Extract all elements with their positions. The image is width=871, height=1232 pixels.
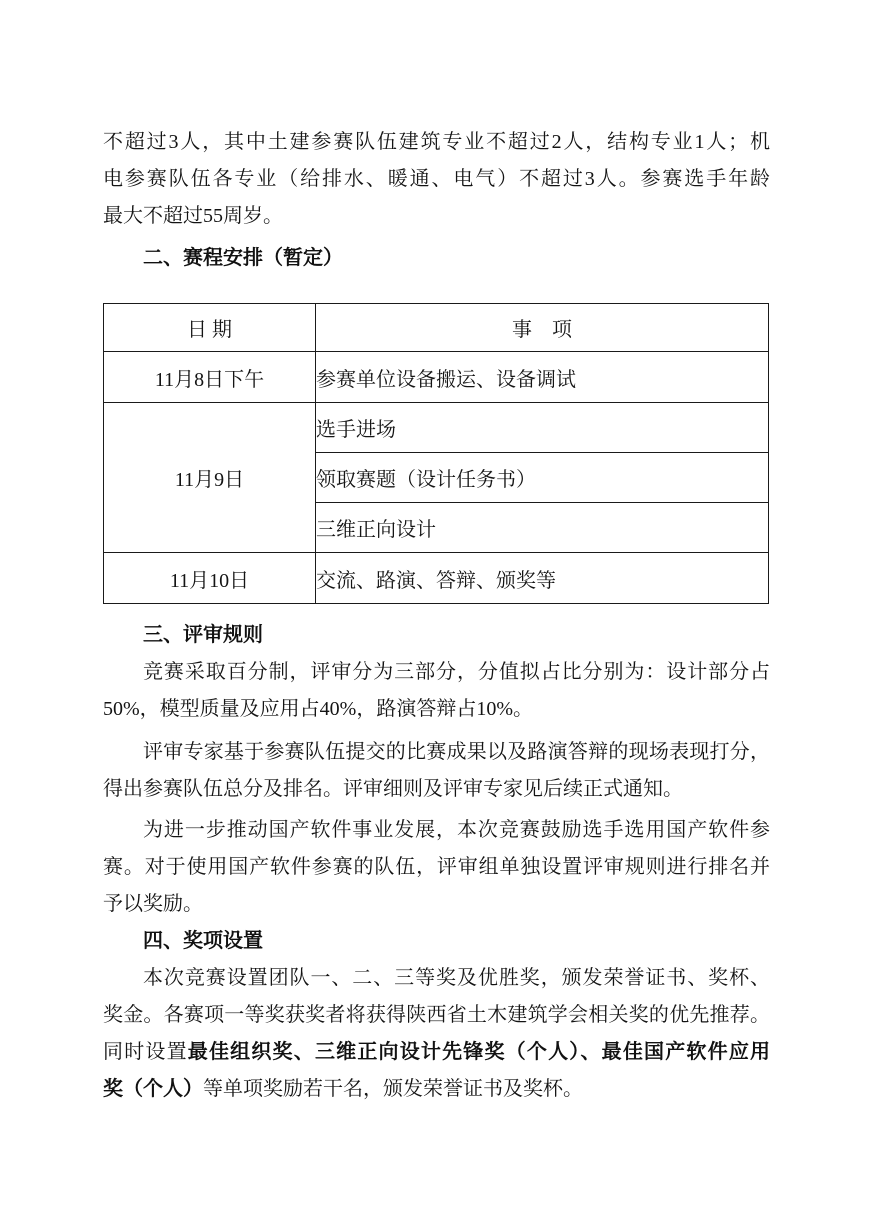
review-line: 50%，模型质量及应用占40%，路演答辩占10%。 [103, 691, 770, 728]
event-cell: 三维正向设计 [316, 503, 769, 553]
event-cell: 交流、路演、答辩、颁奖等 [316, 553, 769, 604]
table-row: 11月10日 交流、路演、答辩、颁奖等 [104, 553, 769, 604]
event-column-header: 事 项 [316, 304, 769, 352]
awards-bold-names: 奖（个人） [103, 1078, 203, 1100]
table-header-row: 日 期 事 项 [104, 304, 769, 352]
awards-line: 本次竞赛设置团队一、二、三等奖及优胜奖，颁发荣誉证书、奖杯、 [103, 960, 770, 997]
review-line: 评审专家基于参赛队伍提交的比赛成果以及路演答辩的现场表现打分， [103, 734, 770, 771]
awards-line: 奖金。各赛项一等奖获奖者将获得陕西省土木建筑学会相关奖的优先推荐。 [103, 997, 770, 1034]
document-page: 不超过3人，其中土建参赛队伍建筑专业不超过2人，结构专业1人；机 电参赛队伍各专… [0, 0, 871, 1232]
awards-heading: 四、奖项设置 [103, 923, 770, 960]
review-paragraph-scoring: 竞赛采取百分制，评审分为三部分，分值拟占比分别为：设计部分占 50%，模型质量及… [103, 654, 770, 728]
event-cell: 参赛单位设备搬运、设备调试 [316, 352, 769, 403]
review-heading: 三、评审规则 [103, 617, 770, 654]
intro-line: 最大不超过55周岁。 [103, 198, 770, 235]
awards-line: 同时设置最佳组织奖、三维正向设计先锋奖（个人）、最佳国产软件应用 [103, 1034, 770, 1071]
date-column-header: 日 期 [104, 304, 316, 352]
awards-bold-names: 最佳组织奖、三维正向设计先锋奖（个人）、最佳国产软件应用 [188, 1041, 770, 1063]
date-cell: 11月10日 [104, 553, 316, 604]
review-line: 为进一步推动国产软件事业发展，本次竞赛鼓励选手选用国产软件参 [103, 812, 770, 849]
table-row: 11月8日下午 参赛单位设备搬运、设备调试 [104, 352, 769, 403]
review-line: 予以奖励。 [103, 886, 770, 923]
awards-paragraph: 本次竞赛设置团队一、二、三等奖及优胜奖，颁发荣誉证书、奖杯、 奖金。各赛项一等奖… [103, 960, 770, 1108]
event-cell: 领取赛题（设计任务书） [316, 453, 769, 503]
event-cell: 选手进场 [316, 403, 769, 453]
table-row: 11月9日 选手进场 [104, 403, 769, 453]
intro-paragraph: 不超过3人，其中土建参赛队伍建筑专业不超过2人，结构专业1人；机 电参赛队伍各专… [103, 124, 770, 235]
schedule-table: 日 期 事 项 11月8日下午 参赛单位设备搬运、设备调试 11月9日 选手进场… [103, 303, 769, 604]
intro-line: 电参赛队伍各专业（给排水、暖通、电气）不超过3人。参赛选手年龄 [103, 161, 770, 198]
awards-text: 等单项奖励若干名，颁发荣誉证书及奖杯。 [203, 1078, 583, 1100]
page-content: 不超过3人，其中土建参赛队伍建筑专业不超过2人，结构专业1人；机 电参赛队伍各专… [103, 124, 770, 1108]
awards-text: 同时设置 [103, 1041, 188, 1063]
awards-line: 奖（个人）等单项奖励若干名，颁发荣誉证书及奖杯。 [103, 1071, 770, 1108]
intro-line: 不超过3人，其中土建参赛队伍建筑专业不超过2人，结构专业1人；机 [103, 124, 770, 161]
review-line: 赛。对于使用国产软件参赛的队伍，评审组单独设置评审规则进行排名并 [103, 849, 770, 886]
review-paragraph-domestic-software: 为进一步推动国产软件事业发展，本次竞赛鼓励选手选用国产软件参 赛。对于使用国产软… [103, 812, 770, 923]
date-cell: 11月8日下午 [104, 352, 316, 403]
review-paragraph-experts: 评审专家基于参赛队伍提交的比赛成果以及路演答辩的现场表现打分， 得出参赛队伍总分… [103, 734, 770, 808]
review-line: 得出参赛队伍总分及排名。评审细则及评审专家见后续正式通知。 [103, 771, 770, 808]
review-line: 竞赛采取百分制，评审分为三部分，分值拟占比分别为：设计部分占 [103, 654, 770, 691]
date-cell: 11月9日 [104, 403, 316, 553]
schedule-heading: 二、赛程安排（暂定） [103, 240, 770, 277]
